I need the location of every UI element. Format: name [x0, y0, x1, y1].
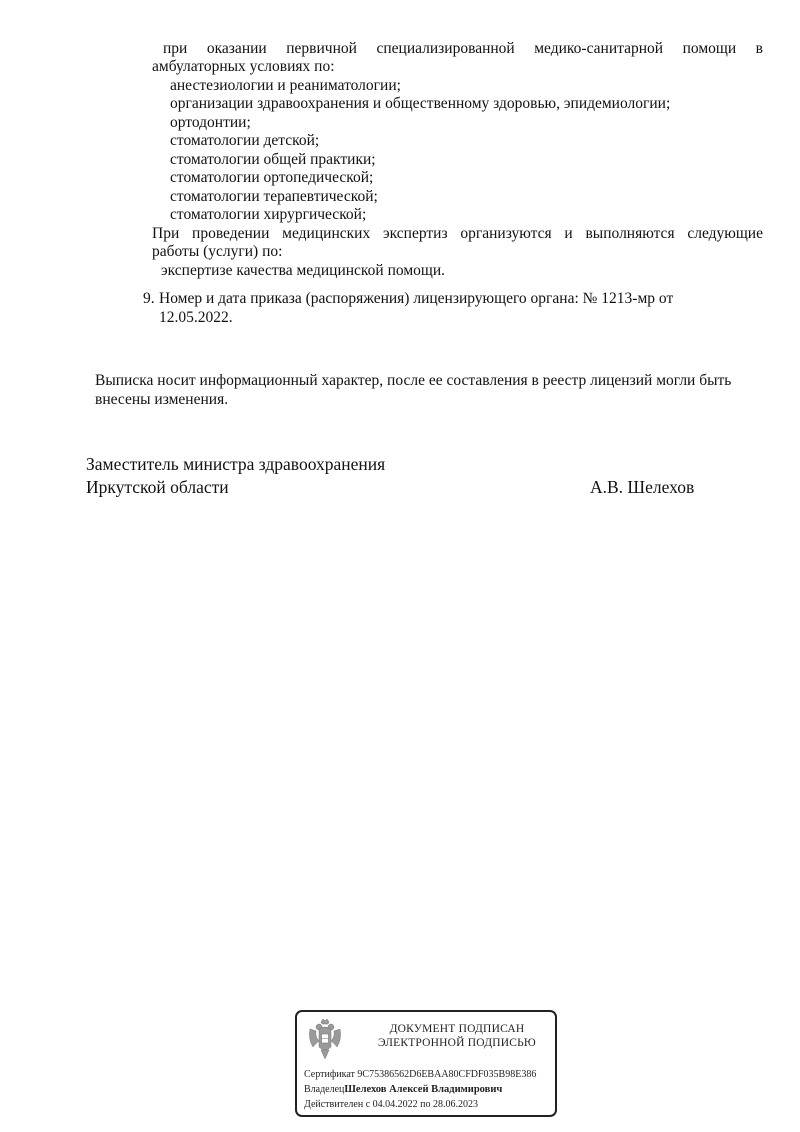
owner-label: Владелец	[304, 1084, 344, 1095]
disclaimer-line1: Выписка носит информационный характер, п…	[95, 372, 731, 390]
stamp-title-line2: ЭЛЕКТРОННОЙ ПОДПИСЬЮ	[357, 1036, 557, 1050]
item9-number: 9.	[143, 290, 155, 308]
item9-order-date: 12.05.2022.	[159, 309, 233, 327]
expertise-intro-line2: работы (услуги) по:	[152, 243, 282, 261]
list-item: организации здравоохранения и общественн…	[170, 95, 670, 113]
list-item: стоматологии общей практики;	[170, 151, 376, 169]
list-item: ортодонтии;	[170, 114, 251, 132]
signatory-position-line1: Заместитель министра здравоохранения	[86, 454, 385, 474]
russian-coat-of-arms-icon	[307, 1017, 343, 1061]
stamp-validity: Действителен с 04.04.2022 по 28.06.2023	[304, 1098, 478, 1111]
list-item: анестезиологии и реаниматологии;	[170, 77, 401, 95]
expertise-intro-line1: При проведении медицинских экспертиз орг…	[152, 225, 763, 243]
list-item: стоматологии терапевтической;	[170, 188, 378, 206]
primary-care-intro-line1: при оказании первичной специализированно…	[163, 40, 763, 58]
list-item: стоматологии ортопедической;	[170, 169, 373, 187]
stamp-owner: ВладелецШелехов Алексей Владимирович	[304, 1083, 502, 1096]
stamp-title: ДОКУМЕНТ ПОДПИСАН ЭЛЕКТРОННОЙ ПОДПИСЬЮ	[357, 1022, 557, 1050]
signatory-name: А.В. Шелехов	[590, 477, 694, 497]
e-signature-stamp: ДОКУМЕНТ ПОДПИСАН ЭЛЕКТРОННОЙ ПОДПИСЬЮ С…	[295, 1010, 557, 1117]
signatory-position-line2: Иркутской области	[86, 477, 229, 497]
certificate-label: Сертификат	[304, 1069, 355, 1080]
certificate-value: 9C75386562D6EBAA80CFDF035B98E386	[357, 1069, 536, 1080]
disclaimer-line2: внесены изменения.	[95, 391, 228, 409]
item9-order-line1: Номер и дата приказа (распоряжения) лице…	[159, 290, 673, 308]
stamp-certificate: Сертификат 9C75386562D6EBAA80CFDF035B98E…	[304, 1068, 536, 1081]
list-item: стоматологии детской;	[170, 132, 319, 150]
list-item: экспертизе качества медицинской помощи.	[161, 262, 445, 280]
primary-care-intro-line2: амбулаторных условиях по:	[152, 58, 335, 76]
stamp-title-line1: ДОКУМЕНТ ПОДПИСАН	[357, 1022, 557, 1036]
list-item: стоматологии хирургической;	[170, 206, 366, 224]
document-page: при оказании первичной специализированно…	[0, 0, 800, 1132]
owner-value: Шелехов Алексей Владимирович	[344, 1084, 502, 1095]
